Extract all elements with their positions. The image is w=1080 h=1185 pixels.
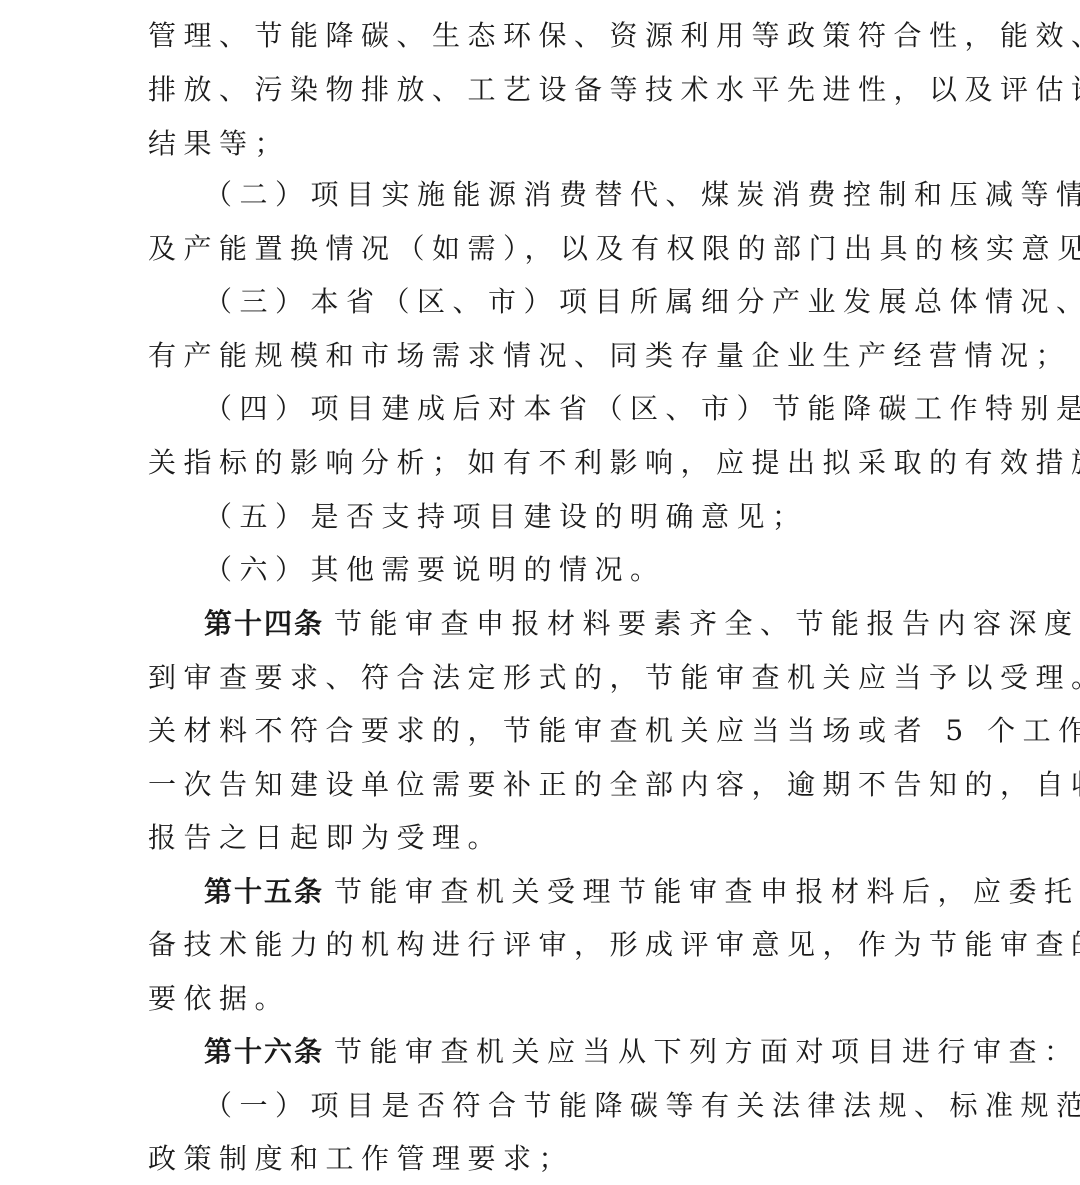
text-line: 政策制度和工作管理要求； bbox=[148, 1139, 934, 1179]
list-item-3: （三）本省（区、市）项目所属细分产业发展总体情况、既 bbox=[204, 282, 934, 322]
article-16-label: 第十六条 bbox=[204, 1035, 324, 1068]
text-line: 关指标的影响分析；如有不利影响，应提出拟采取的有效措施； bbox=[148, 443, 934, 483]
list-item-5: （五）是否支持项目建设的明确意见； bbox=[204, 497, 934, 537]
list-item-6: （六）其他需要说明的情况。 bbox=[204, 550, 934, 590]
text-line: 结果等； bbox=[148, 124, 934, 164]
text-line: 排放、污染物排放、工艺设备等技术水平先进性，以及评估论证 bbox=[148, 70, 934, 110]
text-line: 关材料不符合要求的，节能审查机关应当当场或者 5 个工作日内 bbox=[148, 711, 934, 751]
list-item-1: （一）项目是否符合节能降碳等有关法律法规、标准规范、 bbox=[204, 1086, 934, 1126]
text-line: 报告之日起即为受理。 bbox=[148, 818, 934, 858]
list-item-2: （二）项目实施能源消费替代、煤炭消费控制和压减等情况 bbox=[204, 175, 934, 215]
article-14-label: 第十四条 bbox=[204, 607, 324, 640]
text-line: 一次告知建设单位需要补正的全部内容，逾期不告知的，自收到 bbox=[148, 765, 934, 805]
text-line: 要依据。 bbox=[148, 979, 934, 1019]
text-line: 到审查要求、符合法定形式的，节能审查机关应当予以受理。相 bbox=[148, 658, 934, 698]
article-16-text: 节能审查机关应当从下列方面对项目进行审查： bbox=[334, 1035, 1080, 1068]
article-14-text: 节能审查申报材料要素齐全、节能报告内容深度达 bbox=[334, 607, 1080, 640]
article-16-heading-line: 第十六条节能审查机关应当从下列方面对项目进行审查： bbox=[204, 1032, 934, 1072]
text-line: 及产能置换情况（如需），以及有权限的部门出具的核实意见； bbox=[148, 229, 934, 269]
list-item-4: （四）项目建成后对本省（区、市）节能降碳工作特别是相 bbox=[204, 389, 934, 429]
text-line: 备技术能力的机构进行评审，形成评审意见，作为节能审查的重 bbox=[148, 925, 934, 965]
article-15-text: 节能审查机关受理节能审查申报材料后，应委托具 bbox=[334, 875, 1080, 908]
document-page: 管理、节能降碳、生态环保、资源利用等政策符合性，能效、碳 排放、污染物排放、工艺… bbox=[0, 0, 1080, 1185]
text-line: 管理、节能降碳、生态环保、资源利用等政策符合性，能效、碳 bbox=[148, 16, 934, 56]
article-14-heading-line: 第十四条节能审查申报材料要素齐全、节能报告内容深度达 bbox=[204, 604, 934, 644]
text-line: 有产能规模和市场需求情况、同类存量企业生产经营情况； bbox=[148, 336, 934, 376]
article-15-label: 第十五条 bbox=[204, 875, 324, 908]
article-15-heading-line: 第十五条节能审查机关受理节能审查申报材料后，应委托具 bbox=[204, 872, 934, 912]
